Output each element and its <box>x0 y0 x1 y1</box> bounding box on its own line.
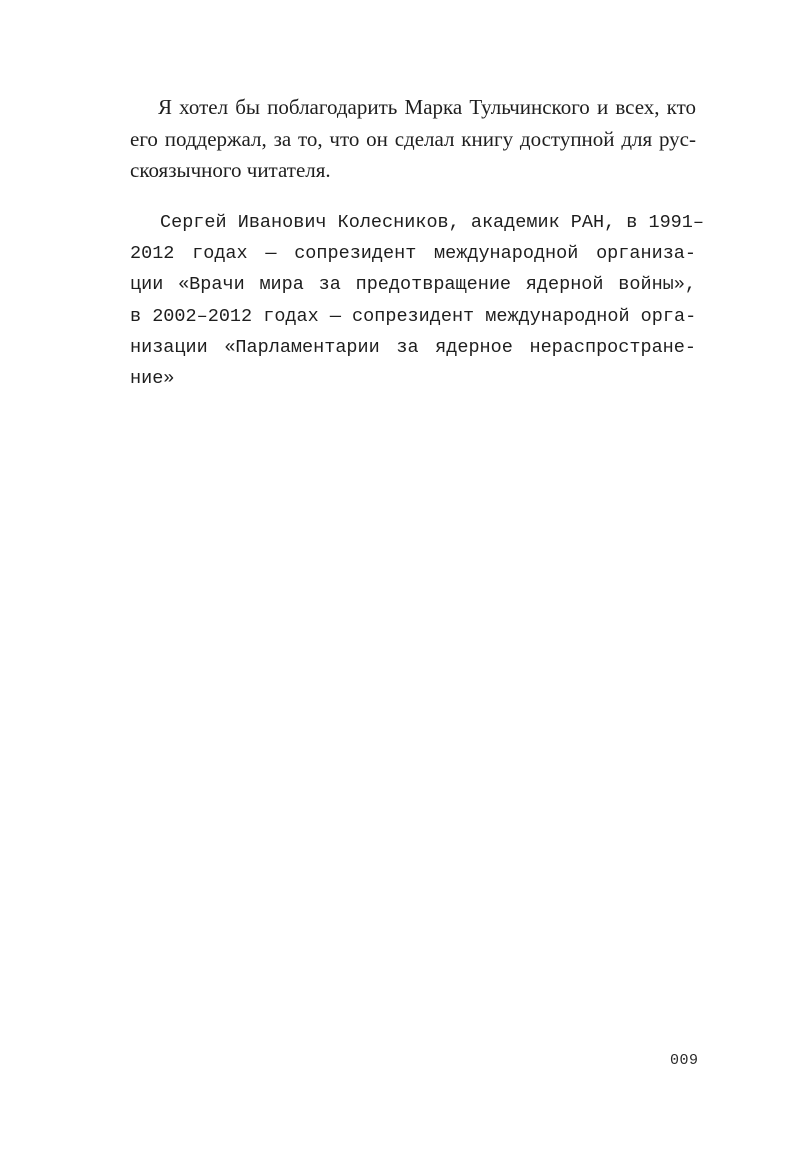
acknowledgement-line: Я хотел бы поблагодарить Марка Тульчинск… <box>130 92 696 124</box>
signature-line: низации «Парламентарии за ядерное нерасп… <box>130 332 696 363</box>
acknowledgement-line: его поддержал, за то, что он сделал книг… <box>130 124 696 156</box>
signature-line: ние» <box>130 363 696 394</box>
signature-line: 2012 годах — сопрезидент международной о… <box>130 238 696 269</box>
acknowledgement-paragraph: Я хотел бы поблагодарить Марка Тульчинск… <box>130 92 696 187</box>
signature-line: ции «Врачи мира за предотвращение ядерно… <box>130 269 696 300</box>
signature-line: Сергей Иванович Колесников, академик РАН… <box>130 207 696 238</box>
acknowledgement-line: скоязычного читателя. <box>130 155 696 187</box>
signature-line: в 2002–2012 годах — сопрезидент междунар… <box>130 301 696 332</box>
signature-paragraph: Сергей Иванович Колесников, академик РАН… <box>130 207 696 394</box>
page-number: 009 <box>670 1052 699 1069</box>
